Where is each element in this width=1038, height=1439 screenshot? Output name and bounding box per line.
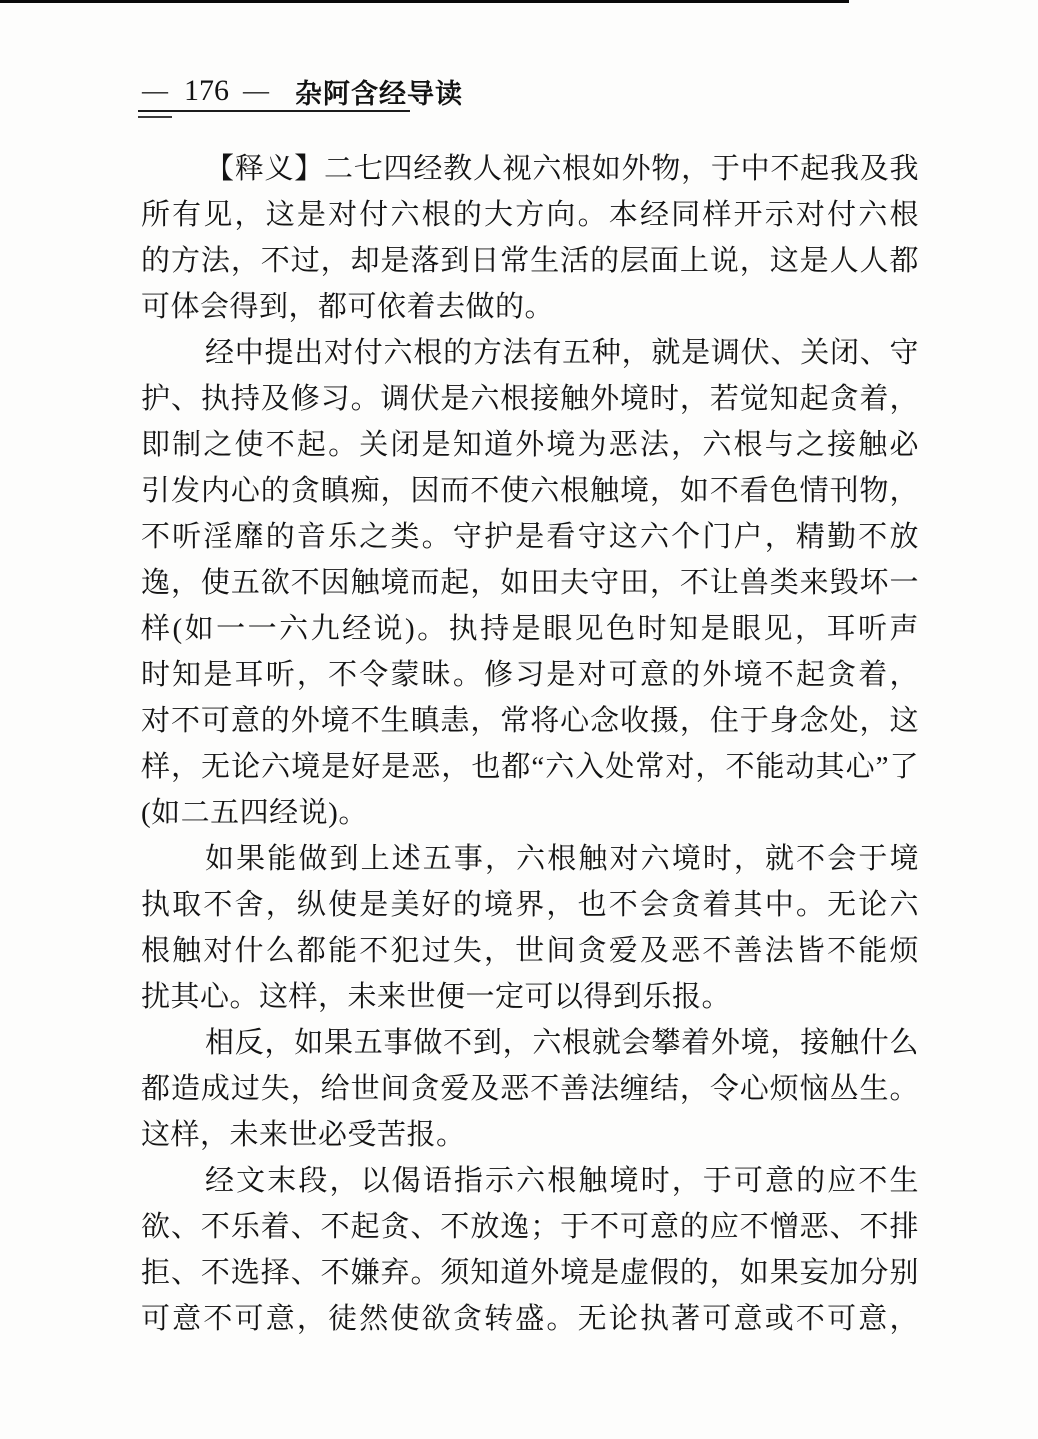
text-line: 扰其心。这样，未来世便一定可以得到乐报。 bbox=[141, 974, 919, 1020]
book-title: 杂阿含经导读 bbox=[295, 72, 463, 111]
text-line: 相反，如果五事做不到，六根就会攀着外境，接触什么 bbox=[141, 1020, 919, 1066]
text-line: 不听淫靡的音乐之类。守护是看守这六个门户，精勤不放 bbox=[141, 514, 919, 560]
page-header: — 176 — 杂阿含经导读 bbox=[142, 74, 463, 108]
text-line: 引发内心的贪瞋痴，因而不使六根触境，如不看色情刊物， bbox=[141, 468, 919, 514]
text-line: 根触对什么都能不犯过失，世间贪爱及恶不善法皆不能烦 bbox=[141, 928, 919, 974]
text-line: 样，无论六境是好是恶，也都“六入处常对，不能动其心”了 bbox=[141, 744, 919, 790]
text-line: 护、执持及修习。调伏是六根接触外境时，若觉知起贪着， bbox=[141, 376, 919, 422]
text-line: 所有见，这是对付六根的大方向。本经同样开示对付六根 bbox=[141, 192, 919, 238]
header-underline bbox=[138, 110, 410, 112]
text-line: 执取不舍，纵使是美好的境界，也不会贪着其中。无论六 bbox=[141, 882, 919, 928]
text-line: 即制之使不起。关闭是知道外境为恶法，六根与之接触必 bbox=[141, 422, 919, 468]
text-line: 都造成过失，给世间贪爱及恶不善法缠结，令心烦恼丛生。 bbox=[141, 1066, 919, 1112]
header-underline-artifact bbox=[138, 116, 172, 118]
text-line: 可意不可意，徒然使欲贪转盛。无论执著可意或不可意， bbox=[141, 1296, 919, 1342]
text-line: 逸，使五欲不因触境而起，如田夫守田，不让兽类来毁坏一 bbox=[141, 560, 919, 606]
text-line: 这样，未来世必受苦报。 bbox=[141, 1112, 919, 1158]
text-line: 时知是耳听，不令蒙昧。修习是对可意的外境不起贪着， bbox=[141, 652, 919, 698]
text-line: 样(如一一六九经说)。执持是眼见色时知是眼见，耳听声 bbox=[141, 606, 919, 652]
text-line: 经中提出对付六根的方法有五种，就是调伏、关闭、守 bbox=[141, 330, 919, 376]
book-page: — 176 — 杂阿含经导读 【释义】二七四经教人视六根如外物，于中不起我及我所… bbox=[0, 0, 1038, 1439]
text-line: 可体会得到，都可依着去做的。 bbox=[141, 284, 919, 330]
body-text: 【释义】二七四经教人视六根如外物，于中不起我及我所有见，这是对付六根的大方向。本… bbox=[141, 146, 919, 1342]
page-number: 176 bbox=[184, 74, 229, 108]
header-dash-left: — bbox=[142, 76, 168, 106]
text-line: 经文末段，以偈语指示六根触境时，于可意的应不生 bbox=[141, 1158, 919, 1204]
text-line: (如二五四经说)。 bbox=[141, 790, 919, 836]
text-line: 的方法，不过，却是落到日常生活的层面上说，这是人人都 bbox=[141, 238, 919, 284]
header-dash-right: — bbox=[243, 76, 269, 106]
text-line: 拒、不选择、不嫌弃。须知道外境是虚假的，如果妄加分别 bbox=[141, 1250, 919, 1296]
text-line: 欲、不乐着、不起贪、不放逸；于不可意的应不憎恶、不排 bbox=[141, 1204, 919, 1250]
text-line: 【释义】二七四经教人视六根如外物，于中不起我及我 bbox=[141, 146, 919, 192]
scan-edge-artifact bbox=[0, 0, 849, 3]
text-line: 如果能做到上述五事，六根触对六境时，就不会于境 bbox=[141, 836, 919, 882]
text-line: 对不可意的外境不生瞋恚，常将心念收摄，住于身念处，这 bbox=[141, 698, 919, 744]
